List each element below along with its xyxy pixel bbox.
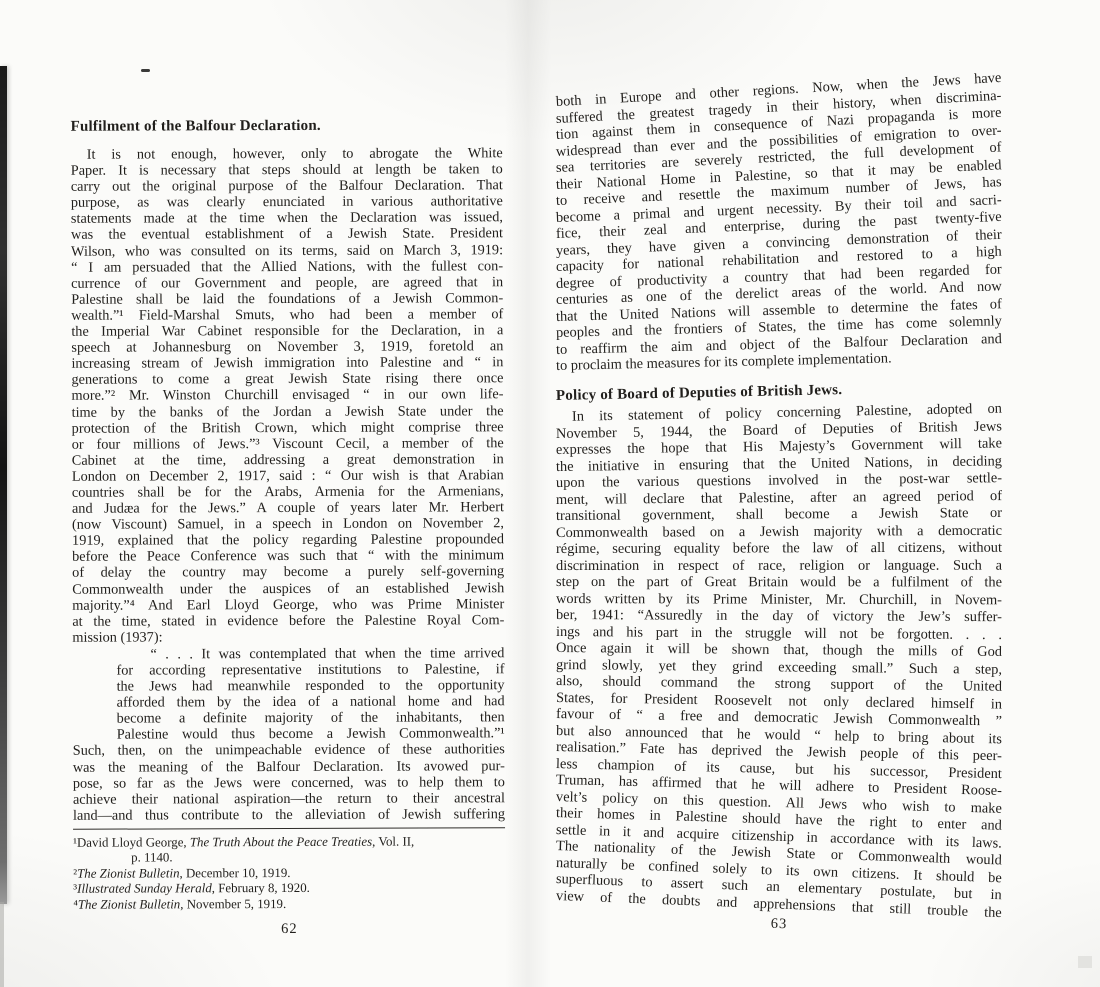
footnote-rule	[73, 827, 505, 830]
text-line: time by the banks of the Jordan a Jewish…	[72, 403, 504, 421]
text-line: and Judæa for the Jews.” A couple of yea…	[72, 499, 504, 517]
text-line: mission (1937):	[72, 628, 504, 646]
text-line: at the time, stated in evidence before t…	[72, 612, 504, 630]
page-right: both in Europe and other regions. Now, w…	[556, 94, 1002, 933]
text-line: the Jews had meanwhile responded to the …	[117, 677, 505, 694]
paragraph: Such, then, on the unimpeachable evidenc…	[73, 742, 505, 824]
text-line: discrimination in respect of race, relig…	[556, 557, 1002, 574]
text-line: for according representative institution…	[116, 661, 504, 678]
text-line: the Imperial War Cabinet responsible for…	[71, 322, 503, 340]
text-line: statements made at the time when the Dec…	[71, 210, 503, 228]
text-line: before the Peace Conference was such tha…	[72, 548, 504, 566]
text-line: was the eventual establishment of a Jewi…	[71, 226, 503, 244]
page-gutter-shadow	[505, 0, 551, 987]
binding-edge-tail	[0, 902, 4, 987]
footnote: ¹David Lloyd George, The Truth About the…	[73, 834, 505, 851]
text-line: Palestine shall be laid the foundations …	[71, 290, 503, 308]
text-line: step on the part of Great Britain would …	[556, 574, 1002, 591]
text-line: or four millions of Jews.”³ Viscount Cec…	[72, 435, 504, 453]
text-line: 1919, explained that the policy regardin…	[72, 531, 504, 549]
page-body: both in Europe and other regions. Now, w…	[556, 94, 1002, 904]
text-line: was the meaning of the Balfour Declarati…	[73, 758, 505, 776]
page-number-left: 62	[73, 920, 505, 939]
text-line: currence of our Government and people, a…	[71, 274, 503, 292]
paragraph: It is not enough, however, only to abrog…	[71, 145, 505, 645]
text-line: of delay the country may become a purely…	[72, 564, 504, 582]
scan-artifact	[141, 69, 150, 72]
text-line: majority.”⁴ And Earl Lloyd George, who w…	[72, 596, 504, 614]
scan-artifact	[1078, 956, 1092, 968]
text-line: It is not enough, however, only to abrog…	[71, 145, 503, 163]
text-line: Paper. It is necessary that steps should…	[71, 161, 503, 179]
page-left: Fulfilment of the Balfour Declaration. I…	[71, 117, 506, 938]
binding-edge	[0, 66, 7, 904]
text-line: London on December 2, 1917, said : “ Our…	[72, 467, 504, 485]
text-line: purpose, as was clearly enunciated in va…	[71, 194, 503, 212]
text-line: transitional government, shall become a …	[556, 505, 1002, 525]
text-line: land—and thus contribute to the alleviat…	[73, 806, 505, 824]
text-line: Such, then, on the unimpeachable evidenc…	[73, 742, 505, 760]
text-line: Palestine would thus become a Jewish Com…	[117, 726, 505, 743]
text-line: speech at Johannesburg on November 3, 19…	[71, 338, 503, 356]
text-line: “ . . . It was contemplated that when th…	[116, 645, 504, 662]
text-line: more.”² Mr. Winston Churchill envisaged …	[72, 387, 504, 405]
text-line: (now Viscount) Samuel, in a speech in Lo…	[72, 515, 504, 533]
text-line: carry out the original purpose of the Ba…	[71, 177, 503, 195]
section-heading: Policy of Board of Deputies of British J…	[556, 378, 1002, 404]
text-line: achieve their national aspiration—the re…	[73, 790, 505, 808]
footnote: ²The Zionist Bulletin, December 10, 1919…	[73, 865, 505, 882]
text-line: words written by its Prime Minister, Mr.…	[556, 591, 1002, 609]
text-line: Wilson, who was consulted on its terms, …	[71, 242, 503, 260]
text-line: become a definite majority of the inhabi…	[117, 710, 505, 727]
text-line: increasing stream of Jewish immigration …	[71, 354, 503, 372]
footnote: ³Illustrated Sunday Herald, February 8, …	[73, 880, 505, 897]
text-line: protection of the British Crown, which m…	[72, 419, 504, 437]
footnotes: ¹David Lloyd George, The Truth About the…	[73, 834, 505, 913]
block-quote: “ . . . It was contemplated that when th…	[116, 645, 504, 743]
book-scan-spread: Fulfilment of the Balfour Declaration. I…	[0, 0, 1100, 987]
text-line: wealth.”¹ Field-Marshal Smuts, who had b…	[71, 306, 503, 324]
text-line: Cabinet at the time, addressing a great …	[72, 451, 504, 469]
footnote: ⁴The Zionist Bulletin, November 5, 1919.	[73, 896, 505, 913]
text-line: ber, 1941: “Assuredly in the day of vict…	[556, 607, 1002, 626]
text-line: pose, so far as the Jews were concerned,…	[73, 774, 505, 792]
text-line: Commonwealth under the auspices of an es…	[72, 580, 504, 598]
text-line: Commonwealth based on a Jewish majority …	[556, 522, 1002, 541]
text-line: generations to come a great Jewish State…	[71, 371, 503, 389]
text-line: régime, securing equality before the law…	[556, 540, 1002, 558]
text-line: “ I am persuaded that the Allied Nations…	[71, 258, 503, 276]
text-line: afforded them by the idea of a national …	[117, 693, 505, 710]
footnote: p. 1140.	[73, 850, 505, 867]
text-line: countries shall be for the Arabs, Armeni…	[72, 483, 504, 501]
section-heading: Fulfilment of the Balfour Declaration.	[71, 117, 503, 136]
